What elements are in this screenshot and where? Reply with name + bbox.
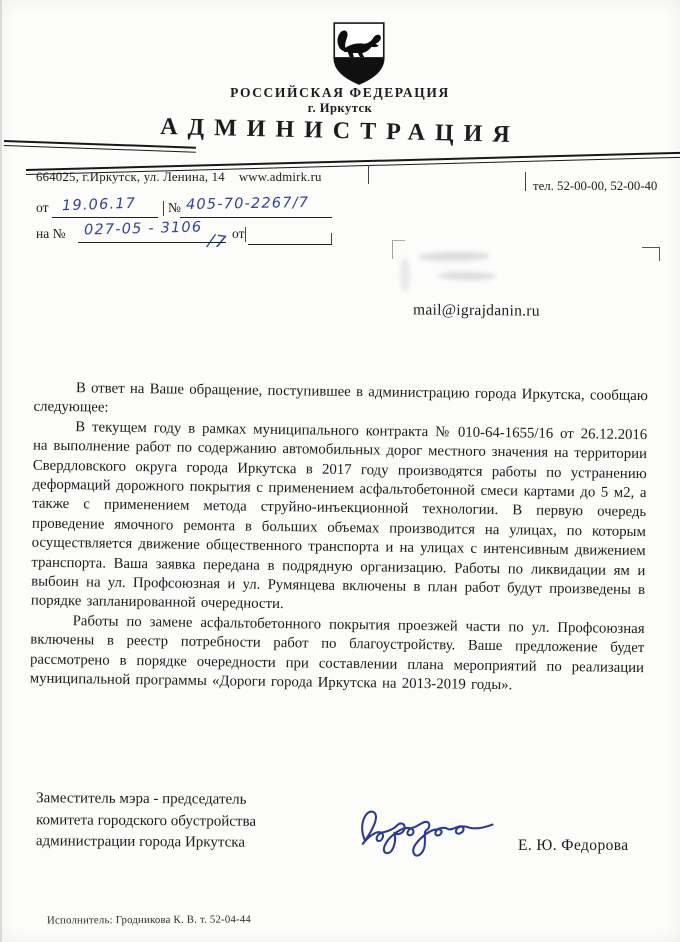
erased-text-smudge [418,251,490,261]
outgoing-number-label: № [168,200,181,216]
outgoing-number-handwritten: 405-70-2267/7 [186,195,309,213]
divider-tick [163,201,164,216]
executor-line: Исполнитель: Гродникова К. В. т. 52-04-4… [47,913,251,926]
signer-position-line: комитета городского обустройства [36,810,256,833]
addressee-email: mail@igrajdanin.ru [413,301,540,320]
letterhead-website: www.admirk.ru [239,170,322,184]
letterhead-address-line: 664025, г.Иркутск, ул. Ленина, 14www.adm… [36,170,322,185]
divider-tick [331,233,332,244]
signer-name: Е. Ю. Федорова [518,837,629,855]
erased-text-smudge [438,271,496,280]
scanned-letter-page: РОССИЙСКАЯ ФЕДЕРАЦИЯ г. Иркутск АДМИНИСТ… [0,0,680,942]
handwritten-signature [348,794,497,876]
divider-tick [245,227,246,242]
outgoing-date-underline [52,216,158,218]
incoming-date-underline [248,243,332,245]
signer-position: Заместитель мэра - председатель комитета… [36,788,257,854]
addressee-corner-mark-left [392,240,405,259]
divider-tick [525,172,526,191]
signer-position-line: администрации города Иркутска [36,831,256,854]
letterhead-phone: тел. 52-00-00, 52-00-40 [533,179,657,194]
incoming-date-label: от [232,226,244,242]
incoming-number-label: на № [36,226,65,242]
letter-body: В ответ на Ваше обращение, поступившее в… [30,379,648,698]
letterhead-rule-left [4,140,196,153]
letterhead-address: 664025, г.Иркутск, ул. Ленина, 14 [36,170,225,184]
signer-position-line: Заместитель мэра - председатель [36,788,256,811]
irkutsk-coat-of-arms-icon [330,20,388,86]
body-paragraph: Работы по замене асфальтобетонного покры… [30,611,645,697]
incoming-number-underline [78,241,226,243]
outgoing-number-underline [180,216,332,218]
addressee-corner-mark-right [642,247,660,261]
letterhead-country: РОССИЙСКАЯ ФЕДЕРАЦИЯ [0,85,680,101]
outgoing-date-label: от [36,200,48,216]
incoming-number-handwritten: 027-05 - 3106 [84,219,203,238]
shield-ground [334,57,384,84]
outgoing-date-handwritten: 19.06.17 [62,196,137,215]
erased-text-smudge [400,258,410,292]
divider-tick [368,165,369,184]
body-paragraph: В текущем году в рамках муниципального к… [31,417,648,620]
